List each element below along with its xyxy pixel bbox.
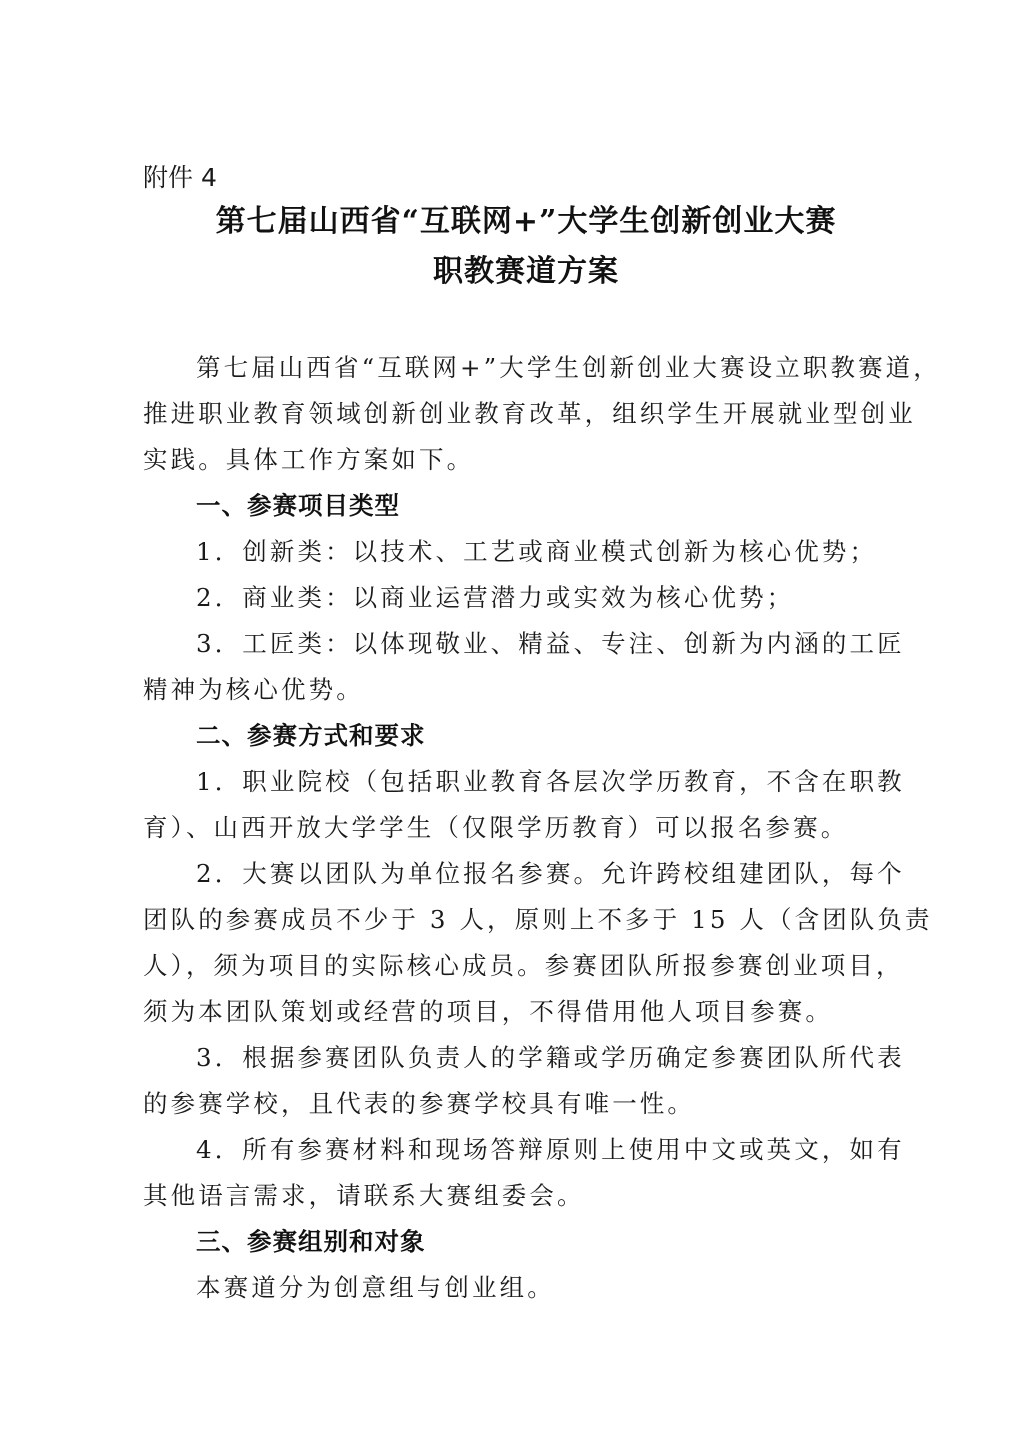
list-item-line: 1．创新类：以技术、工艺或商业模式创新为核心优势； bbox=[196, 534, 913, 570]
list-item-line: 4．所有参赛材料和现场答辩原则上使用中文或英文，如有 bbox=[196, 1132, 913, 1168]
document-page: 附件 4 第七届山西省“互联网+”大学生创新创业大赛 职教赛道方案 第七届山西省… bbox=[0, 0, 1024, 1448]
document-title-line-1: 第七届山西省“互联网+”大学生创新创业大赛 bbox=[14, 202, 1024, 242]
section-heading: 一、参赛项目类型 bbox=[196, 488, 913, 524]
section-heading: 二、参赛方式和要求 bbox=[196, 718, 913, 754]
list-item-line: 须为本团队策划或经营的项目，不得借用他人项目参赛。 bbox=[143, 994, 913, 1030]
list-item-line: 人），须为项目的实际核心成员。参赛团队所报参赛创业项目， bbox=[143, 948, 913, 984]
list-item-line: 精神为核心优势。 bbox=[143, 672, 913, 708]
section-heading: 三、参赛组别和对象 bbox=[196, 1224, 913, 1260]
list-item-line: 3．工匠类：以体现敬业、精益、专注、创新为内涵的工匠 bbox=[196, 626, 913, 662]
list-item-line: 其他语言需求，请联系大赛组委会。 bbox=[143, 1178, 913, 1214]
paragraph-line: 第七届山西省“互联网+”大学生创新创业大赛设立职教赛道， bbox=[196, 350, 913, 386]
list-item-line: 育）、山西开放大学学生（仅限学历教育）可以报名参赛。 bbox=[143, 810, 913, 846]
document-title-line-2: 职教赛道方案 bbox=[14, 252, 1024, 292]
list-item-line: 的参赛学校，且代表的参赛学校具有唯一性。 bbox=[143, 1086, 913, 1122]
paragraph-line: 推进职业教育领域创新创业教育改革，组织学生开展就业型创业 bbox=[143, 396, 913, 432]
paragraph-line: 本赛道分为创意组与创业组。 bbox=[196, 1270, 913, 1306]
list-item-line: 团队的参赛成员不少于 3 人，原则上不多于 15 人（含团队负责 bbox=[143, 902, 913, 938]
list-item-line: 1．职业院校（包括职业教育各层次学历教育，不含在职教 bbox=[196, 764, 913, 800]
list-item-line: 3．根据参赛团队负责人的学籍或学历确定参赛团队所代表 bbox=[196, 1040, 913, 1076]
attachment-label: 附件 4 bbox=[143, 160, 217, 196]
paragraph-line: 实践。具体工作方案如下。 bbox=[143, 442, 913, 478]
list-item-line: 2．大赛以团队为单位报名参赛。允许跨校组建团队，每个 bbox=[196, 856, 913, 892]
list-item-line: 2．商业类：以商业运营潜力或实效为核心优势； bbox=[196, 580, 913, 616]
